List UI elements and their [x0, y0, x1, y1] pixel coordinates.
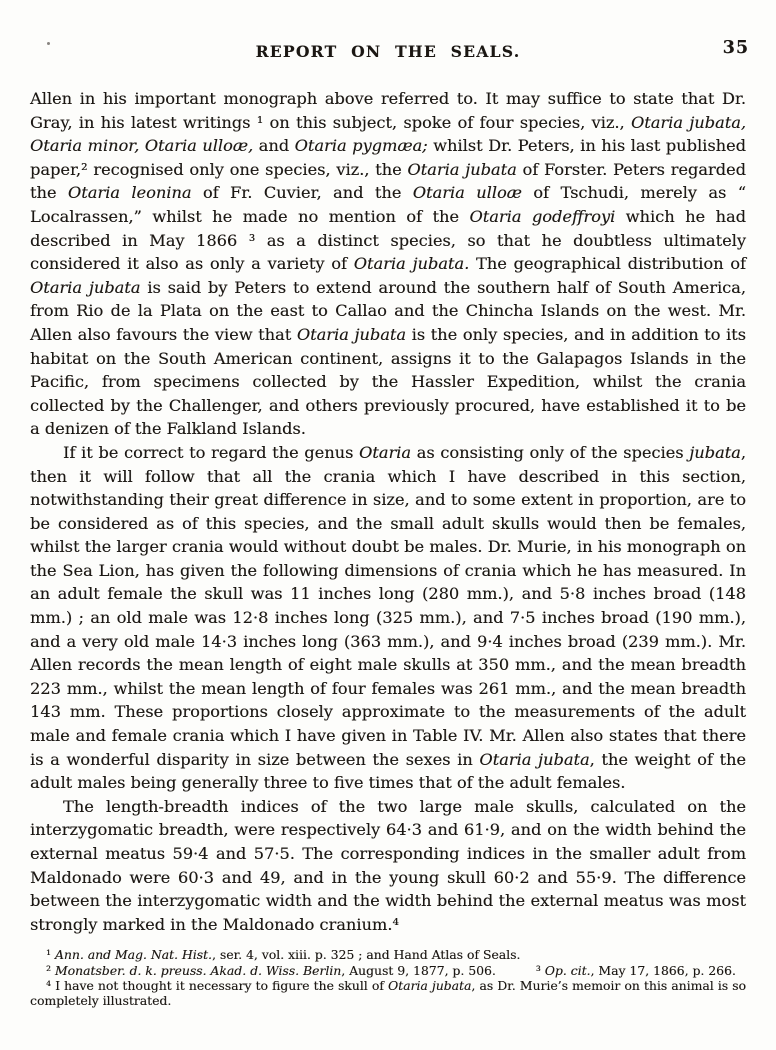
text-run: If it be correct to regard the genus — [63, 443, 359, 462]
text-run: Otaria pygmæa; — [295, 136, 428, 155]
footnote-line: ² Monatsber. d. k. preuss. Akad. d. Wiss… — [30, 963, 746, 978]
text-run: Otaria jubata — [479, 750, 589, 769]
text-run: Op. cit. — [545, 963, 591, 978]
text-run: , then it will follow that all the crani… — [30, 443, 746, 769]
text-run: ¹ — [46, 947, 55, 962]
text-run: , May 17, 1866, p. 266. — [591, 963, 736, 978]
paragraph: If it be correct to regard the genus Ota… — [30, 441, 746, 795]
text-run: and — [253, 136, 294, 155]
text-run: , ser. 4, vol. xiii. p. 325 ; and Hand A… — [212, 947, 520, 962]
text-run: The geographical distribution of — [469, 254, 746, 273]
page-header: REPORT ON THE SEALS. 35 — [0, 0, 776, 61]
document-page: REPORT ON THE SEALS. 35 Allen in his imp… — [0, 0, 776, 1050]
text-run: Otaria leonina — [68, 183, 192, 202]
text-run: Ann. and Mag. Nat. Hist. — [55, 947, 212, 962]
text-run: Otaria jubata — [388, 978, 471, 993]
page-body: Allen in his important monograph above r… — [30, 87, 746, 936]
text-run: The length-breadth indices of the two la… — [30, 797, 746, 934]
running-head-title: REPORT ON THE SEALS. — [0, 42, 776, 61]
text-run: ² — [46, 963, 55, 978]
text-run: Otaria minor, Otaria ulloæ, — [30, 136, 253, 155]
paragraph: The length-breadth indices of the two la… — [30, 795, 746, 937]
text-run: , August 9, 1877, p. 506. — [341, 963, 496, 978]
text-run: jubata — [689, 443, 741, 462]
text-run: Otaria — [359, 443, 411, 462]
text-run: Otaria ulloæ — [413, 183, 522, 202]
text-run: ⁴ I have not thought it necessary to fig… — [46, 978, 388, 993]
text-run: Otaria jubata — [297, 325, 406, 344]
page-number: 35 — [723, 38, 749, 58]
text-run: Otaria jubata — [407, 160, 516, 179]
text-run: Otaria jubata, — [631, 113, 746, 132]
paragraph: Allen in his important monograph above r… — [30, 87, 746, 441]
text-run: Otaria godeffroyi — [469, 207, 615, 226]
footnote-line: ⁴ I have not thought it necessary to fig… — [30, 978, 746, 1008]
footnotes-section: ¹ Ann. and Mag. Nat. Hist., ser. 4, vol.… — [30, 947, 746, 1008]
text-run: of Fr. Cuvier, and the — [192, 183, 413, 202]
text-run: ³ — [536, 963, 545, 978]
text-run: Monatsber. d. k. preuss. Akad. d. Wiss. … — [55, 963, 341, 978]
text-run: Otaria jubata. — [354, 254, 470, 273]
text-run: as consisting only of the species — [411, 443, 689, 462]
text-run: Otaria jubata — [30, 278, 140, 297]
footnote-line: ¹ Ann. and Mag. Nat. Hist., ser. 4, vol.… — [30, 947, 746, 962]
